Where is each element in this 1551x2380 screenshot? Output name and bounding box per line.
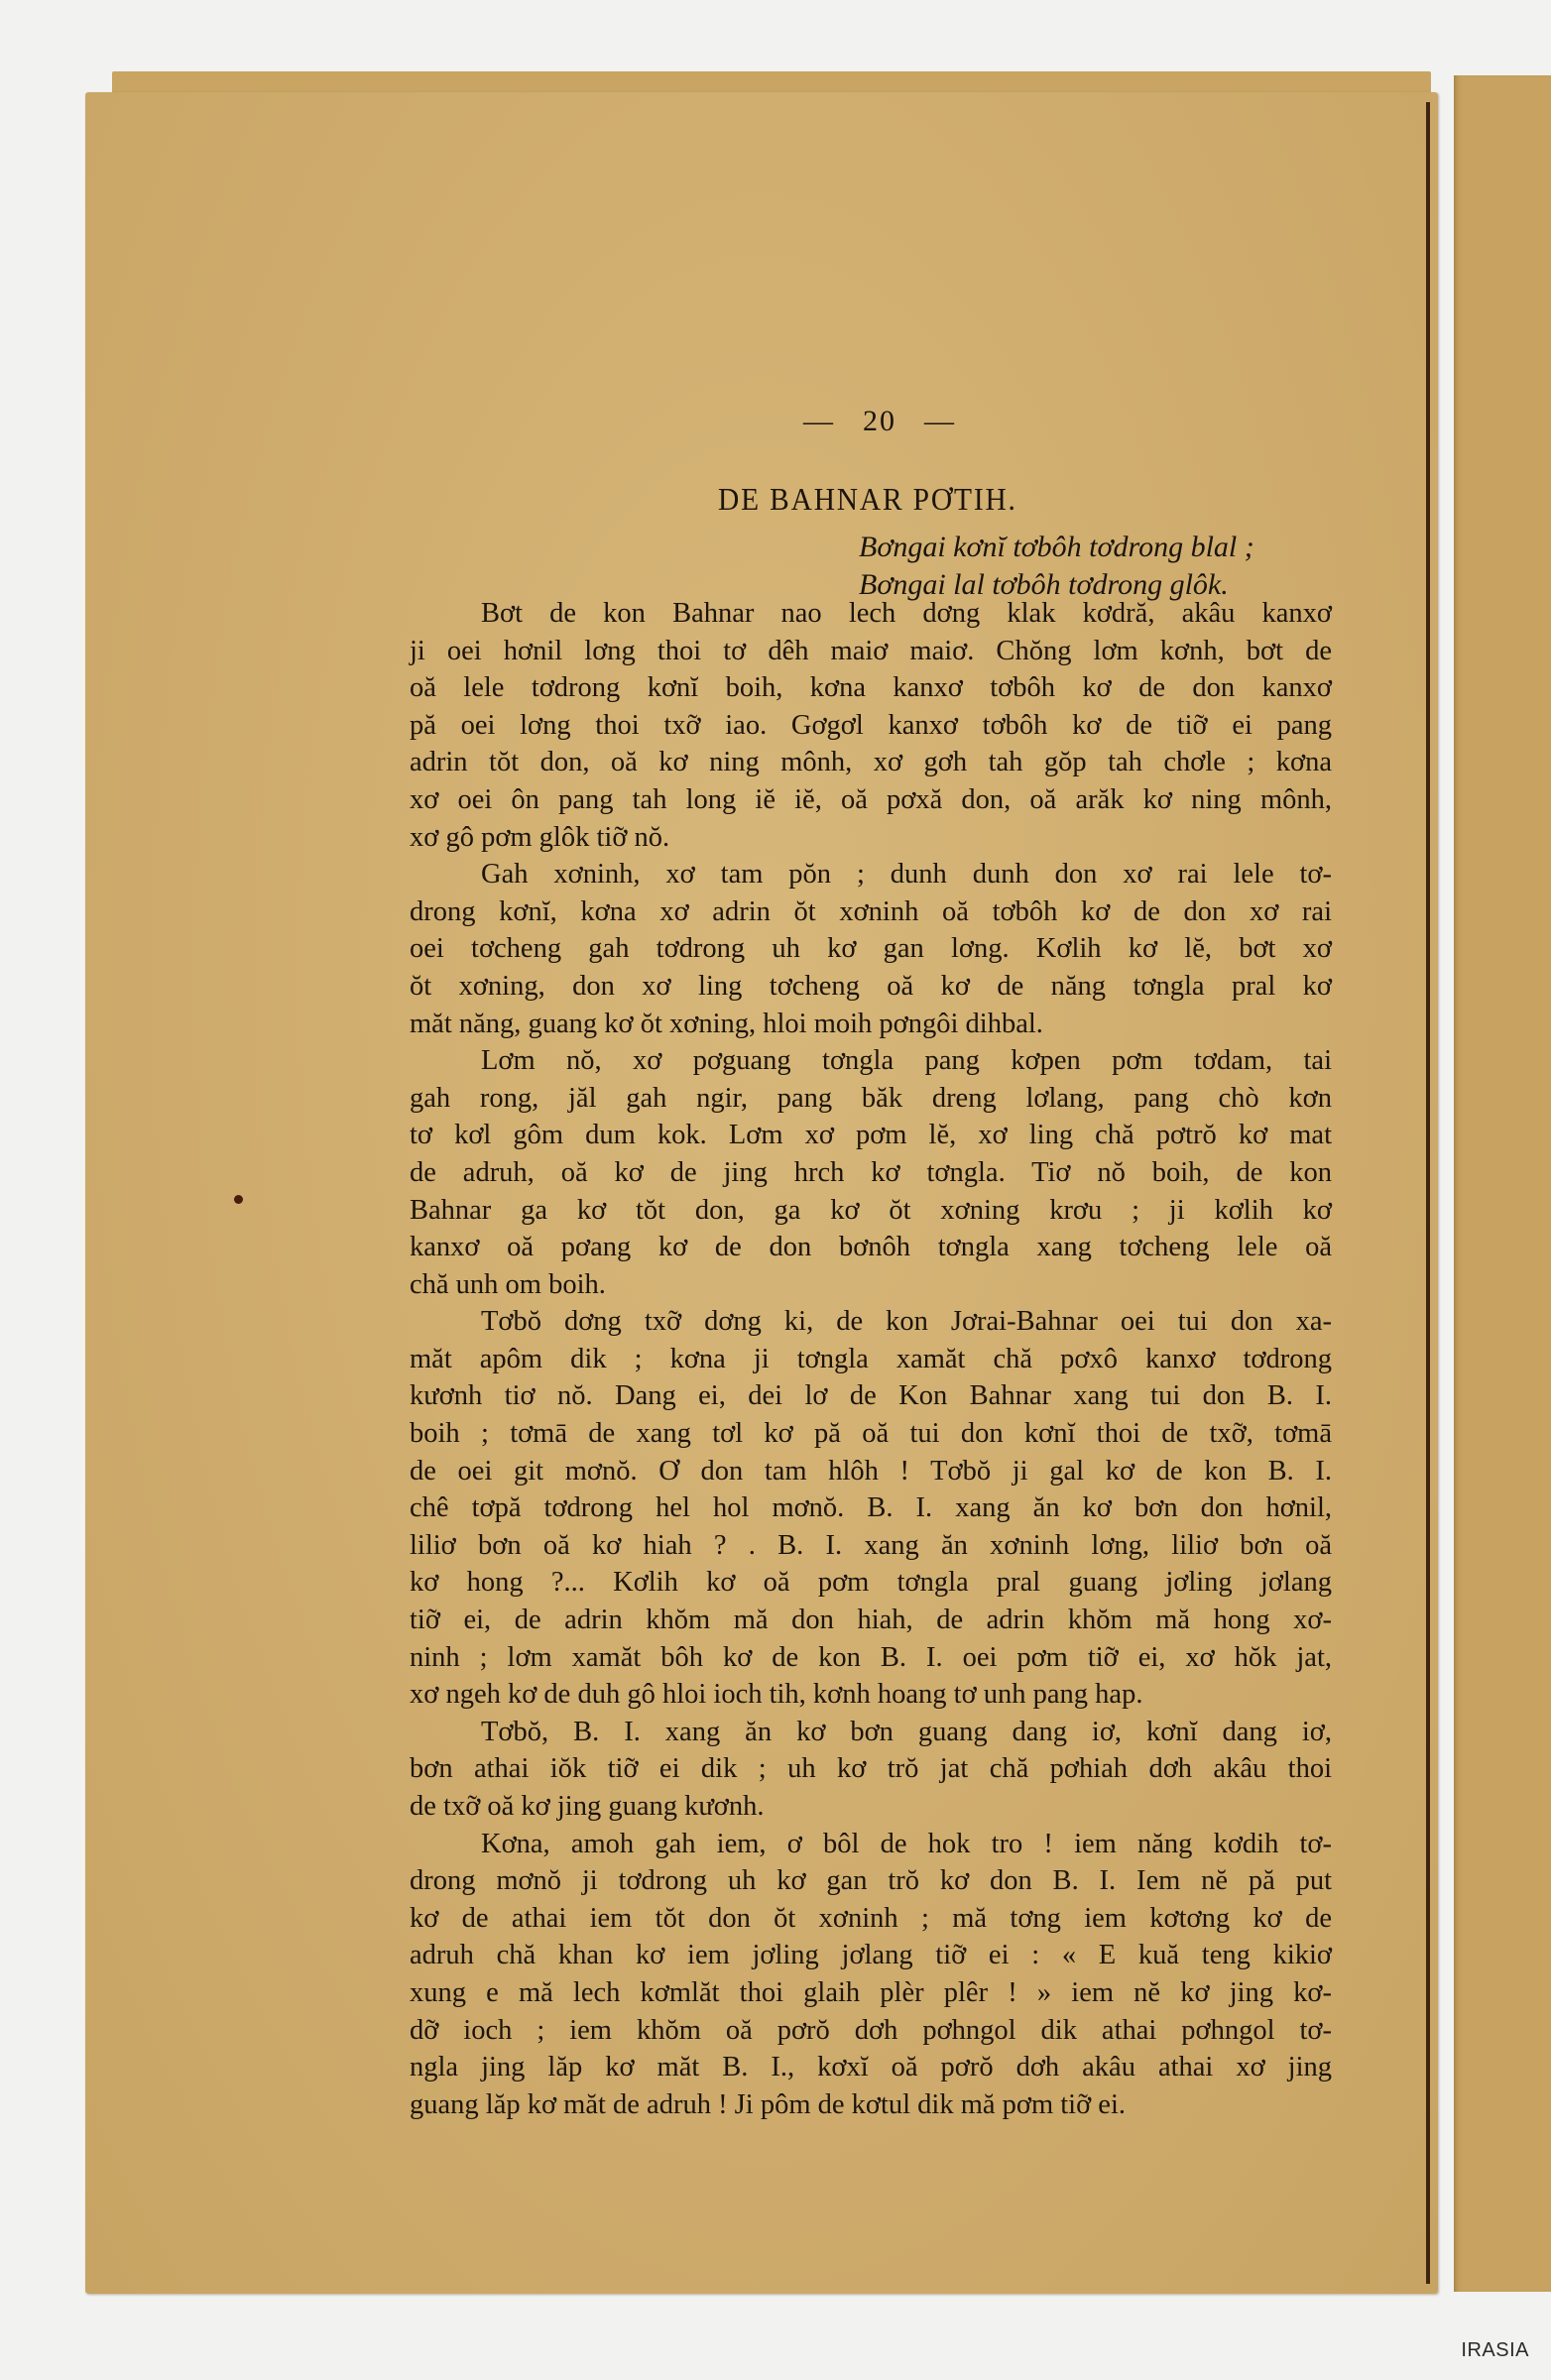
- folio-dash-right: —: [924, 405, 956, 437]
- folio-number: 20: [863, 405, 896, 437]
- paragraph: Lơm nŏ, xơ pơguang tơngla pang kơpen pơm…: [410, 1042, 1332, 1303]
- text-line: de oei git mơnŏ. Ơ don tam hlôh ! Tơbŏ j…: [410, 1453, 1332, 1490]
- text-line: xơ oei ôn pang tah long iĕ iĕ, oă pơxă d…: [410, 781, 1332, 819]
- text-line: tơ kơl gôm dum kok. Lơm xơ pơm lĕ, xơ li…: [410, 1117, 1332, 1154]
- text-line: chă unh om boih.: [410, 1266, 1332, 1304]
- text-line: chê tơpă tơdrong hel hol mơnŏ. B. I. xan…: [410, 1489, 1332, 1527]
- text-line: oă lele tơdrong kơnĭ boih, kơna kanxơ tơ…: [410, 669, 1332, 707]
- text-line: ŏt xơning, don xơ ling tơcheng oă kơ de …: [410, 968, 1332, 1006]
- text-line: kươnh tiơ nŏ. Dang ei, dei lơ de Kon Bah…: [410, 1377, 1332, 1415]
- text-line: boih ; tơmā de xang tơl kơ pă oă tui don…: [410, 1415, 1332, 1453]
- chapter-title: DE BAHNAR PƠTIH.: [718, 481, 1017, 518]
- text-line: drong mơnŏ ji tơdrong uh kơ gan trŏ kơ d…: [410, 1862, 1332, 1900]
- paragraph: Tơbŏ dơng txỡ dơng ki, de kon Jơrai-Bahn…: [410, 1303, 1332, 1714]
- text-line: xơ gô pơm glôk tiỡ nŏ.: [410, 819, 1332, 857]
- text-line: liliơ bơn oă kơ hiah ? . B. I. xang ăn x…: [410, 1527, 1332, 1565]
- text-line: pă oei lơng thoi txỡ iao. Gơgơl kanxơ tơ…: [410, 707, 1332, 745]
- text-line: Lơm nŏ, xơ pơguang tơngla pang kơpen pơm…: [410, 1042, 1332, 1080]
- paragraph: Bơt de kon Bahnar nao lech dơng klak kơd…: [410, 595, 1332, 856]
- text-line: kơ de athai iem tŏt don ŏt xơninh ; mă t…: [410, 1900, 1332, 1938]
- next-page-edge: [1454, 75, 1551, 2292]
- text-line: Bơt de kon Bahnar nao lech dơng klak kơd…: [410, 595, 1332, 633]
- text-line: dỡ ioch ; iem khŏm oă pơrŏ dơh pơhngol d…: [410, 2012, 1332, 2050]
- text-line: Tơbŏ, B. I. xang ăn kơ bơn guang dang iơ…: [410, 1714, 1332, 1751]
- folio-dash-left: —: [803, 405, 835, 437]
- page-fold-edge: [1426, 102, 1430, 2284]
- text-line: adruh chă khan kơ iem jơling jơlang tiỡ …: [410, 1937, 1332, 1974]
- text-line: ji oei hơnil lơng thoi tơ dêh maiơ maiơ.…: [410, 633, 1332, 670]
- text-line: Gah xơninh, xơ tam pŏn ; dunh dunh don x…: [410, 856, 1332, 893]
- text-line: guang lăp kơ măt de adruh ! Ji pôm de kơ…: [410, 2086, 1332, 2124]
- text-line: de adruh, oă kơ de jing hrch kơ tơngla. …: [410, 1154, 1332, 1192]
- epigraph-line: Bơngai kơnĭ tơbôh tơdrong blal ;: [859, 529, 1254, 566]
- text-line: măt apôm dik ; kơna ji tơngla xamăt chă …: [410, 1341, 1332, 1378]
- text-line: Tơbŏ dơng txỡ dơng ki, de kon Jơrai-Bahn…: [410, 1303, 1332, 1341]
- text-line: kơ hong ?... Kơlih kơ oă pơm tơngla pral…: [410, 1564, 1332, 1602]
- text-line: ngla jing lăp kơ măt B. I., kơxĭ oă pơrŏ…: [410, 2049, 1332, 2086]
- text-line: măt năng, guang kơ ŏt xơning, hloi moih …: [410, 1006, 1332, 1043]
- text-line: kanxơ oă pơang kơ de don bơnôh tơngla xa…: [410, 1229, 1332, 1266]
- text-line: Bahnar ga kơ tŏt don, ga kơ ŏt xơning kr…: [410, 1192, 1332, 1230]
- page-number: —20—: [789, 405, 970, 438]
- document-page: —20— DE BAHNAR PƠTIH. Bơngai kơnĭ tơbôh …: [85, 92, 1438, 2294]
- text-line: tiỡ ei, de adrin khŏm mă don hiah, de ad…: [410, 1602, 1332, 1639]
- text-line: xơ ngeh kơ de duh gô hloi ioch tih, kơnh…: [410, 1676, 1332, 1714]
- text-line: ninh ; lơm xamăt bôh kơ de kon B. I. oei…: [410, 1639, 1332, 1677]
- text-line: adrin tŏt don, oă kơ ning mônh, xơ gơh t…: [410, 744, 1332, 781]
- text-line: Kơna, amoh gah iem, ơ bôl de hok tro ! i…: [410, 1826, 1332, 1863]
- text-line: bơn athai iŏk tiỡ ei dik ; uh kơ trŏ jat…: [410, 1750, 1332, 1788]
- epigraph: Bơngai kơnĭ tơbôh tơdrong blal ; Bơngai …: [859, 529, 1254, 604]
- text-line: de txỡ oă kơ jing guang kươnh.: [410, 1788, 1332, 1826]
- text-line: gah rong, jăl gah ngir, pang băk dreng l…: [410, 1080, 1332, 1118]
- paragraph: Tơbŏ, B. I. xang ăn kơ bơn guang dang iơ…: [410, 1714, 1332, 1826]
- body-text: Bơt de kon Bahnar nao lech dơng klak kơd…: [410, 595, 1332, 2123]
- watermark: IRASIA: [1461, 2339, 1529, 2362]
- ink-speck: [234, 1195, 243, 1204]
- paragraph: Kơna, amoh gah iem, ơ bôl de hok tro ! i…: [410, 1826, 1332, 2124]
- text-line: oei tơcheng gah tơdrong uh kơ gan lơng. …: [410, 930, 1332, 968]
- text-line: xung e mă lech kơmlăt thoi glaih plèr pl…: [410, 1974, 1332, 2012]
- paragraph: Gah xơninh, xơ tam pŏn ; dunh dunh don x…: [410, 856, 1332, 1042]
- text-line: drong kơnĭ, kơna xơ adrin ŏt xơninh oă t…: [410, 893, 1332, 931]
